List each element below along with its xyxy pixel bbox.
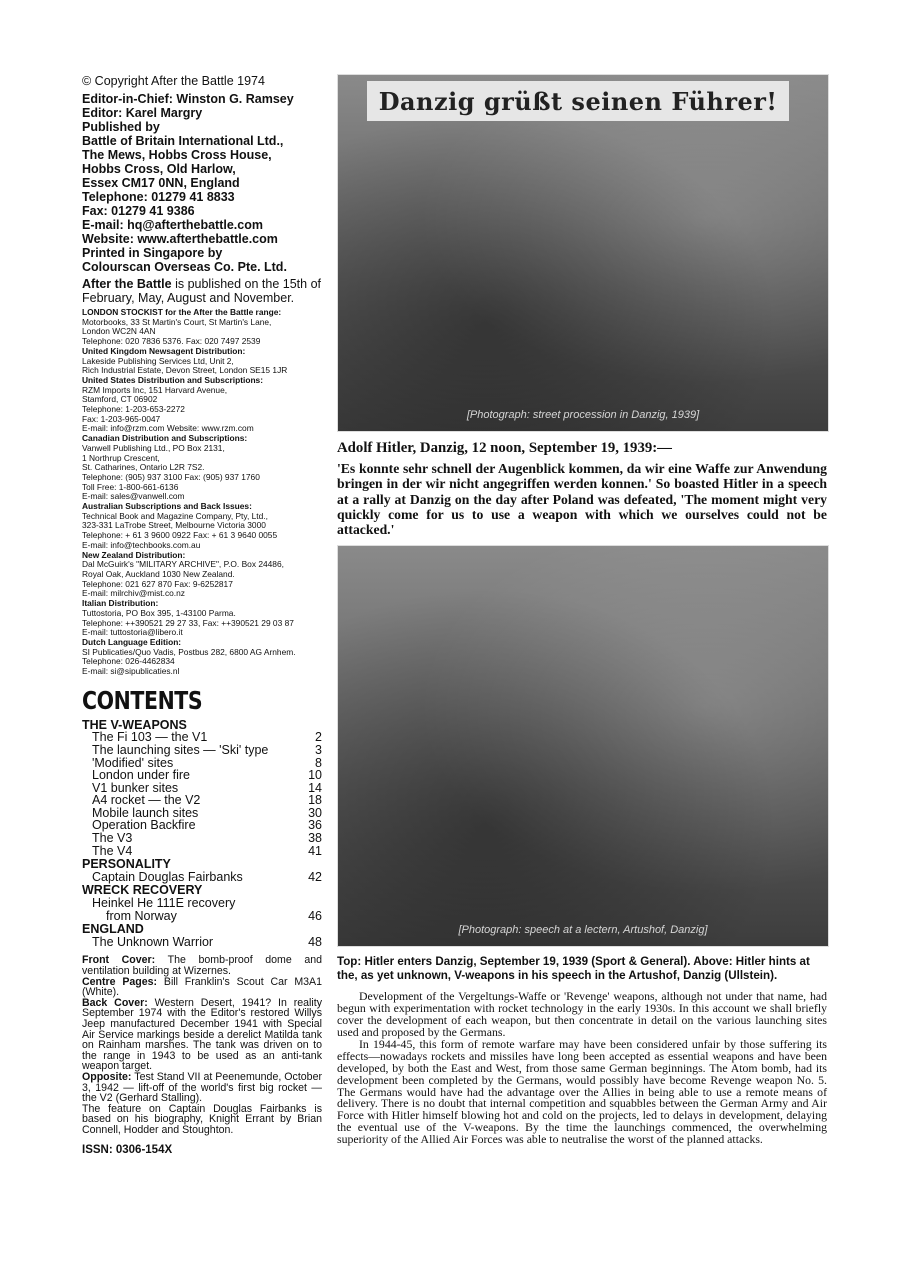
contents-entry-title: The V3 [92,832,302,845]
masthead-line: The Mews, Hobbs Cross House, [82,148,322,162]
contents-entry-page: 41 [302,845,322,858]
photo-caption: Top: Hitler enters Danzig, September 19,… [337,955,827,982]
article-paragraph: Development of the Vergeltungs-Waffe or … [337,991,827,1039]
contents-entry: from Norway46 [82,910,322,923]
cover-note: Front Cover: The bomb-proof dome and ven… [82,955,322,976]
article-body: Development of the Vergeltungs-Waffe or … [337,991,827,1146]
photo-description: [Photograph: street procession in Danzig… [338,409,828,421]
issn-number: ISSN: 0306-154X [82,1144,322,1156]
distribution-list: LONDON STOCKIST for the After the Battle… [82,308,322,677]
masthead-line: Hobbs Cross, Old Harlow, [82,162,322,176]
contents-entry-page: 10 [302,769,322,782]
table-of-contents: THE V-WEAPONSThe Fi 103 — the V12The lau… [82,719,322,949]
contents-entry-page: 3 [302,744,322,757]
masthead-line: Essex CM17 0NN, England [82,176,322,190]
masthead-column: © Copyright After the Battle 1974 Editor… [82,74,322,1156]
contents-section-heading: PERSONALITY [82,858,322,871]
cover-note: Opposite: Test Stand VII at Peenemunde, … [82,1072,322,1104]
contents-entry-title: A4 rocket — the V2 [92,794,302,807]
distribution-line: E-mail: si@sipublicaties.nl [82,667,322,677]
quote-heading: Adolf Hitler, Danzig, 12 noon, September… [337,440,827,457]
copyright-notice: © Copyright After the Battle 1974 [82,74,322,89]
contents-entry: The Unknown Warrior48 [82,936,322,949]
contents-entry: Captain Douglas Fairbanks42 [82,871,322,884]
photo-banner-text: Danzig grüßt seinen Führer! [367,81,788,121]
contents-entry-title: Captain Douglas Fairbanks [92,871,302,884]
contents-entry: A4 rocket — the V218 [82,794,322,807]
contents-heading: CONTENTS [82,687,279,715]
cover-note: Back Cover: Western Desert, 1941? In rea… [82,998,322,1072]
contents-entry-title: The Unknown Warrior [92,936,302,949]
distribution-block: LONDON STOCKIST for the After the Battle… [82,308,322,677]
publication-name: After the Battle [82,277,172,291]
feature-column: Danzig grüßt seinen Führer! [Photograph:… [337,74,827,1146]
contents-entry-page: 42 [302,871,322,884]
article-paragraph: In 1944-45, this form of remote warfare … [337,1039,827,1146]
contents-entry-title: The V4 [92,845,302,858]
contents-entry-title: Heinkel He 111E recovery [92,897,302,910]
masthead-line: Printed in Singapore by [82,246,322,260]
masthead-line: Colourscan Overseas Co. Pte. Ltd. [82,260,322,274]
masthead-line: Website: www.afterthebattle.com [82,232,322,246]
contents-entry-page: 48 [302,936,322,949]
contents-entry-page: 18 [302,794,322,807]
photo-image [338,546,828,946]
photo-image [338,75,828,431]
contents-entry-title: The launching sites — 'Ski' type [92,744,302,757]
cover-note-text: The feature on Captain Douglas Fairbanks… [82,1103,322,1136]
masthead-details: Editor-in-Chief: Winston G. RamseyEditor… [82,92,322,274]
contents-entry: London under fire10 [82,769,322,782]
masthead-line: Published by [82,120,322,134]
contents-entry-title: London under fire [92,769,302,782]
contents-entry: The launching sites — 'Ski' type3 [82,744,322,757]
masthead-line: Fax: 01279 41 9386 [82,204,322,218]
cover-note-text: Western Desert, 1941? In reality Septemb… [82,997,322,1073]
publication-schedule: After the Battle is published on the 15t… [82,277,322,305]
masthead-line: Editor: Karel Margry [82,106,322,120]
contents-entry: The V441 [82,845,322,858]
contents-entry-page: 46 [302,910,322,923]
contents-entry-title: from Norway [92,910,302,923]
masthead-line: E-mail: hq@afterthebattle.com [82,218,322,232]
cover-note: The feature on Captain Douglas Fairbanks… [82,1104,322,1136]
cover-notes: Front Cover: The bomb-proof dome and ven… [82,955,322,1135]
cover-note: Centre Pages: Bill Franklin's Scout Car … [82,977,322,998]
quote-body: 'Es konnte sehr schnell der Augenblick k… [337,461,827,537]
masthead-line: Telephone: 01279 41 8833 [82,190,322,204]
photo-danzig-street: Danzig grüßt seinen Führer! [Photograph:… [337,74,829,432]
masthead-line: Battle of Britain International Ltd., [82,134,322,148]
masthead-line: Editor-in-Chief: Winston G. Ramsey [82,92,322,106]
contents-entry: Heinkel He 111E recovery [82,897,322,910]
contents-entry: The V338 [82,832,322,845]
contents-entry-page: 38 [302,832,322,845]
contents-entry-page [302,897,322,910]
photo-description: [Photograph: speech at a lectern, Artush… [338,924,828,936]
photo-speech: [Photograph: speech at a lectern, Artush… [337,545,829,947]
contents-section-heading: ENGLAND [82,923,322,936]
